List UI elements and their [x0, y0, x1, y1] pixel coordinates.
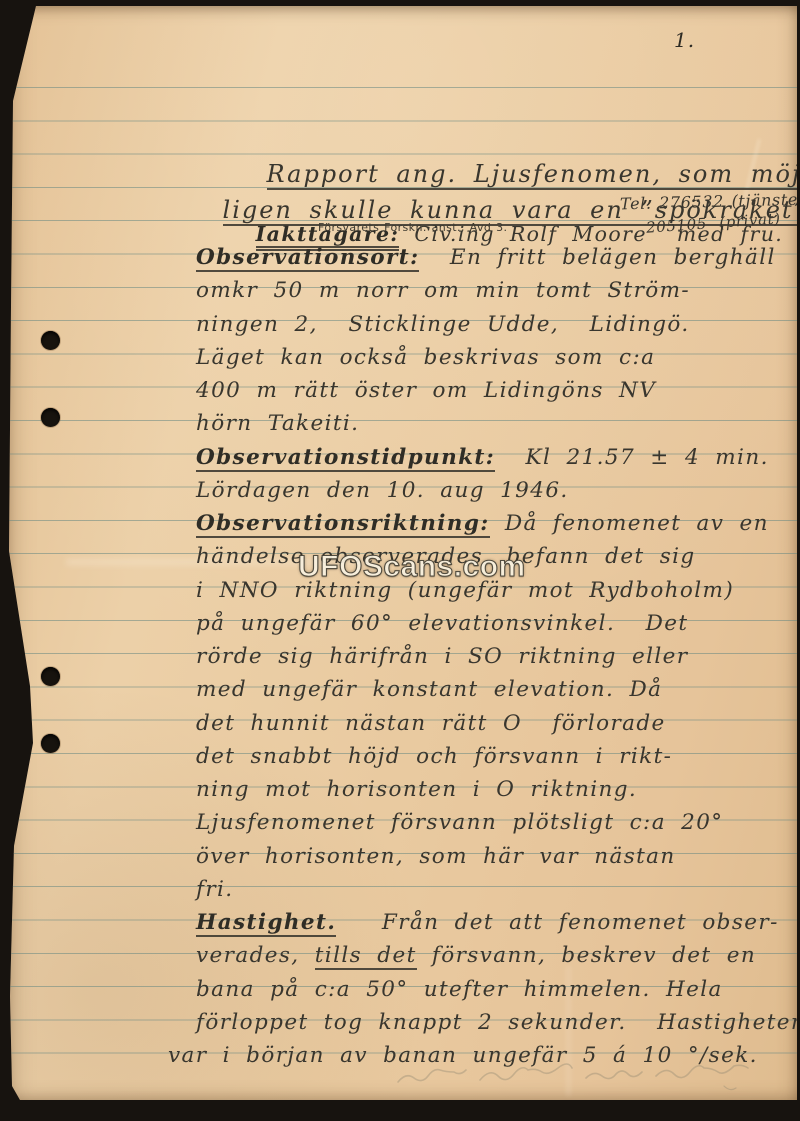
handwriting-line: ningen 2, Sticklinge Udde, Lidingö.: [196, 310, 800, 343]
handwriting-line: det snabbt höjd och försvann i rikt-: [196, 742, 800, 775]
punch-hole: [41, 734, 60, 753]
observer-affiliation: Försvarets Forskn. anst., Avd 3.: [318, 221, 507, 234]
handwriting-text: ning mot horisonten i O riktning.: [196, 777, 637, 802]
punch-hole: [41, 408, 60, 427]
handwriting-text: Från det att fenomenet obser-: [336, 910, 779, 935]
handwriting-text: med ungefär konstant elevation. Då: [196, 677, 662, 702]
handwriting-text: på ungefär 60° elevationsvinkel. Det: [196, 611, 688, 636]
punch-hole: [41, 667, 60, 686]
watermark: UFOScans.com: [298, 550, 526, 584]
handwriting-line: Observationsriktning: Då fenomenet av en: [196, 509, 800, 542]
handwriting-text: Ljusfenomenet försvann plötsligt c:a 20°: [196, 810, 723, 835]
handwriting-line: ning mot horisonten i O riktning.: [196, 775, 800, 808]
handwriting-line: förloppet tog knappt 2 sekunder. Hastigh…: [196, 1008, 800, 1041]
handwriting-text: Kl 21.57 ± 4 min.: [495, 445, 769, 470]
handwriting-text: tills det: [315, 943, 417, 970]
handwriting-text: fri.: [196, 877, 234, 902]
section-heading: Observationstidpunkt:: [196, 445, 495, 472]
body-lines: Observationsort: En fritt belägen berghä…: [196, 243, 800, 1074]
section-heading: Observationsriktning:: [196, 511, 490, 538]
handwriting-line: med ungefär konstant elevation. Då: [196, 675, 800, 708]
handwriting-line: Hastighet. Från det att fenomenet obser-: [196, 908, 800, 941]
handwriting-text: det hunnit nästan rätt O förlorade: [196, 711, 666, 736]
handwriting-text: det snabbt höjd och försvann i rikt-: [196, 744, 672, 769]
handwriting-line: Observationsort: En fritt belägen berghä…: [196, 243, 800, 276]
handwriting-text: Lördagen den 10. aug 1946.: [196, 478, 569, 503]
handwriting-text: försvann, beskrev det en: [417, 943, 756, 968]
handwriting-line: Lördagen den 10. aug 1946.: [196, 476, 800, 509]
handwriting-line: verades, tills det försvann, beskrev det…: [196, 941, 800, 974]
handwriting-line: Läget kan också beskrivas som c:a: [196, 343, 800, 376]
handwriting-line: omkr 50 m norr om min tomt Ström-: [196, 276, 800, 309]
punch-hole: [41, 331, 60, 350]
handwriting-text: Då fenomenet av en: [490, 511, 769, 536]
page-number: 1.: [674, 28, 695, 52]
handwriting-text: omkr 50 m norr om min tomt Ström-: [196, 278, 690, 303]
pencil-note: [394, 1056, 774, 1100]
handwriting-line: fri.: [196, 875, 800, 908]
section-heading: Hastighet.: [196, 910, 336, 937]
handwriting-line: Observationstidpunkt: Kl 21.57 ± 4 min.: [196, 443, 800, 476]
handwriting-line: över horisonten, som här var nästan: [196, 842, 800, 875]
scanned-page: 1. Rapport ang. Ljusfenomen, som möj- li…: [6, 6, 797, 1100]
handwriting-text: hörn Takeiti.: [196, 411, 359, 436]
handwriting-line: på ungefär 60° elevationsvinkel. Det: [196, 609, 800, 642]
handwriting-text: En fritt belägen berghäll: [419, 245, 775, 270]
handwriting-text: över horisonten, som här var nästan: [196, 844, 676, 869]
handwriting-text: bana på c:a 50° utefter himmelen. Hela: [196, 977, 723, 1002]
handwriting-text: förloppet tog knappt 2 sekunder. Hastigh…: [196, 1010, 800, 1035]
section-heading: Observationsort:: [196, 245, 419, 272]
handwriting-line: rörde sig härifrån i SO riktning eller: [196, 642, 800, 675]
handwriting-text: 400 m rätt öster om Lidingöns NV: [196, 378, 656, 403]
handwriting-text: rörde sig härifrån i SO riktning eller: [196, 644, 688, 669]
handwriting-line: hörn Takeiti.: [196, 409, 800, 442]
handwriting-line: bana på c:a 50° utefter himmelen. Hela: [196, 975, 800, 1008]
handwriting-text: verades,: [196, 943, 315, 968]
handwriting-text: ningen 2, Sticklinge Udde, Lidingö.: [196, 312, 690, 337]
handwriting-text: Läget kan också beskrivas som c:a: [196, 345, 655, 370]
handwriting-line: 400 m rätt öster om Lidingöns NV: [196, 376, 800, 409]
handwriting-line: Ljusfenomenet försvann plötsligt c:a 20°: [196, 808, 800, 841]
handwriting-line: det hunnit nästan rätt O förlorade: [196, 709, 800, 742]
